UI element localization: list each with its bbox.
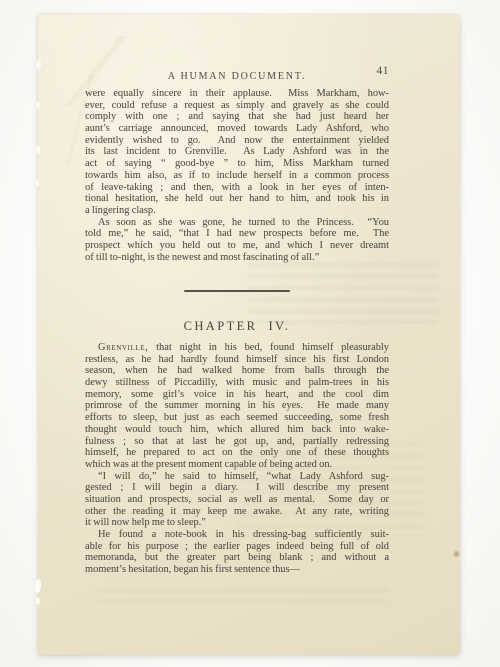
text-line: dewy stillness of Piccadilly, with music… [85, 377, 389, 389]
text-line: primrose of the summer morning in his ey… [85, 400, 389, 412]
text-line: told me,” he said, “that I had new prosp… [85, 228, 389, 240]
photo-background: A HUMAN DOCUMENT. 41 were equally sincer… [0, 0, 500, 667]
text-line: He found a note-book in his dressing-bag… [85, 529, 389, 541]
text-line: memory, some girl’s voice in his heart, … [85, 389, 389, 401]
paper-stain [453, 550, 460, 558]
lead-line-rest: that night in his bed, found himself ple… [148, 342, 389, 353]
section-divider-rule [184, 290, 290, 292]
page-edge-notch [36, 597, 40, 605]
page-edge-notch [34, 579, 41, 593]
show-through-text-ghost [98, 588, 388, 602]
text-line: act of saying “ good-bye ” to him, Miss … [85, 158, 389, 170]
text-line: other the reading it may keep me awake. … [85, 506, 389, 518]
text-line: moment’s hesitation, began his first sen… [85, 564, 389, 576]
text-line: memoranda, but the greater part being bl… [85, 552, 389, 564]
text-line: season, when he had walked home from bal… [85, 365, 389, 377]
running-header-title: A HUMAN DOCUMENT. [168, 71, 306, 82]
show-through-text-ghost [248, 262, 438, 324]
text-line: ever, could refuse a request as simply a… [85, 100, 389, 112]
book-page: A HUMAN DOCUMENT. 41 were equally sincer… [38, 14, 460, 655]
chapter-heading: CHAPTER IV. [85, 319, 389, 333]
text-line: its last incident to Grenville. As Lady … [85, 146, 389, 158]
text-line: aunt’s carriage announced, moved towards… [85, 123, 389, 135]
text-line: which was at the present moment capable … [85, 459, 389, 471]
text-line: towards him also, as if to include herse… [85, 170, 389, 182]
text-line: of leave-taking ; and then, with a look … [85, 182, 389, 194]
page-number: 41 [377, 65, 390, 77]
smallcaps-lead-word: Grenville, [98, 342, 148, 353]
text-line: “I will do,” he said to himself, “what L… [85, 471, 389, 483]
text-line: situation and prospects, social as well … [85, 494, 389, 506]
page-header: A HUMAN DOCUMENT. 41 [85, 66, 389, 84]
text-line: efforts to sleep, but just as each seeme… [85, 412, 389, 424]
text-line: prospect which you held out to me, and w… [85, 240, 389, 252]
text-line: of till to-night, is the newest and most… [85, 252, 389, 264]
text-line: As soon as she was gone, he turned to th… [85, 217, 389, 229]
text-line: it will now help me to sleep.” [85, 517, 389, 529]
text-block-chapter: Grenville, that night in his bed, found … [85, 342, 389, 576]
text-line: fulness ; so that at last he got up, and… [85, 436, 389, 448]
text-line: himself, he prepared to act on the only … [85, 447, 389, 459]
text-line: restless, as he had hardly found himself… [85, 354, 389, 366]
text-line: evidently wished to go. And now the ente… [85, 135, 389, 147]
text-line: thought would touch him, which allured h… [85, 424, 389, 436]
text-line: able for his purpose ; the earlier pages… [85, 541, 389, 553]
page-edge-notch [35, 60, 41, 70]
text-line: Grenville, that night in his bed, found … [85, 342, 389, 354]
text-line: tional hesitation, she held out her hand… [85, 193, 389, 205]
text-block-top: were equally sincere in their applause. … [85, 88, 389, 263]
text-line: comply with one ; and saying that she ha… [85, 111, 389, 123]
text-line: were equally sincere in their applause. … [85, 88, 389, 100]
text-line: a lingering clasp. [85, 205, 389, 217]
page-edge-notch [36, 180, 39, 186]
text-line: gested ; I will begin a diary. I will de… [85, 482, 389, 494]
